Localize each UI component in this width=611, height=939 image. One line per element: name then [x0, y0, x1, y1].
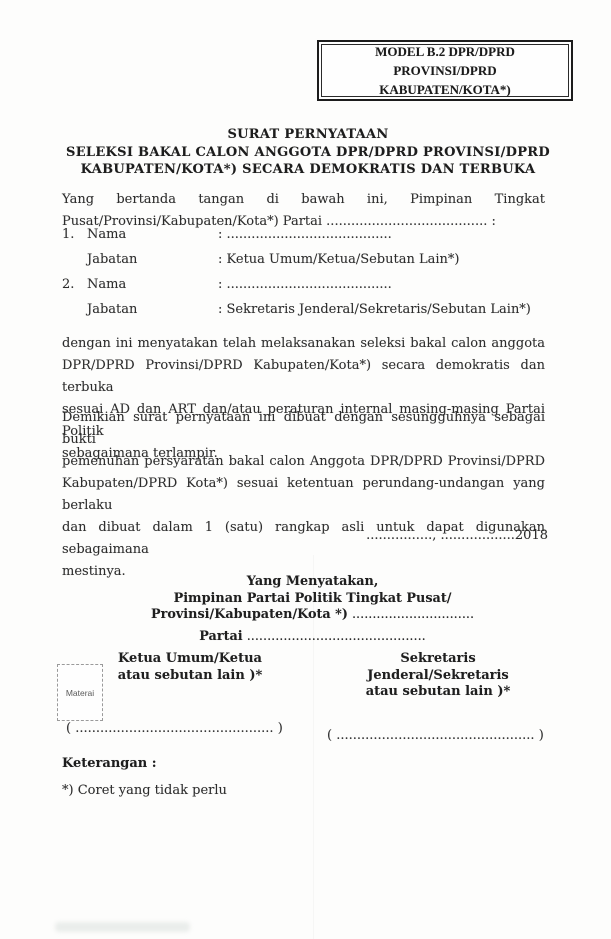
item-number: 2.: [62, 277, 74, 292]
model-label-line2: KABUPATEN/KOTA*): [322, 80, 568, 99]
left-role-line2: atau sebutan lain )*: [105, 668, 275, 685]
keterangan-label: Keterangan :: [62, 756, 227, 771]
signatories-list: 1. Nama : ..............................…: [62, 227, 562, 327]
model-label-inner-frame: MODEL B.2 DPR/DPRD PROVINSI/DPRD KABUPAT…: [321, 44, 569, 97]
model-label-box: MODEL B.2 DPR/DPRD PROVINSI/DPRD KABUPAT…: [317, 40, 573, 101]
right-signature-line: ( ......................................…: [327, 728, 544, 743]
jabatan-value: : Ketua Umum/Ketua/Sebutan Lain*): [218, 252, 459, 267]
right-role-line2: atau sebutan lain )*: [330, 684, 546, 701]
left-role-line1: Ketua Umum/Ketua: [105, 651, 275, 668]
jabatan-label: Jabatan: [87, 302, 137, 317]
closing-line1: Demikian surat pernyataan ini dibuat den…: [62, 407, 545, 451]
list-item-jabatan-2: Jabatan : Sekretaris Jenderal/Sekretaris…: [62, 302, 562, 327]
footnote-block: Keterangan : *) Coret yang tidak perlu: [62, 756, 227, 798]
materai-stamp-box: Materai: [57, 664, 103, 721]
model-label-line1: MODEL B.2 DPR/DPRD PROVINSI/DPRD: [322, 42, 568, 80]
document-page: MODEL B.2 DPR/DPRD PROVINSI/DPRD KABUPAT…: [0, 0, 611, 939]
name-label: Nama: [87, 277, 126, 292]
jabatan-value: : Sekretaris Jenderal/Sekretaris/Sebutan…: [218, 302, 531, 317]
statement-line2: DPR/DPRD Provinsi/DPRD Kabupaten/Kota*) …: [62, 355, 545, 399]
title-line1: SURAT PERNYATAAN: [60, 126, 556, 144]
closing-line3: Kabupaten/DPRD Kota*) sesuai ketentuan p…: [62, 473, 545, 517]
place-date-line: ................, ..................2018: [300, 528, 548, 543]
statement-line1: dengan ini menyatakan telah melaksanakan…: [62, 333, 545, 355]
document-title: SURAT PERNYATAAN SELEKSI BAKAL CALON ANG…: [60, 126, 556, 179]
left-signatory-role: Ketua Umum/Ketua atau sebutan lain )*: [105, 651, 275, 684]
right-role-line1: Sekretaris Jenderal/Sekretaris: [330, 651, 546, 684]
item-number: 1.: [62, 227, 74, 242]
name-label: Nama: [87, 227, 126, 242]
closing-line2: pemenuhan persyaratan bakal calon Anggot…: [62, 451, 545, 473]
right-signatory-role: Sekretaris Jenderal/Sekretaris atau sebu…: [330, 651, 546, 701]
signature-partai-label: Partai: [199, 629, 242, 644]
name-value: : ......................................…: [218, 277, 392, 292]
keterangan-note: *) Coret yang tidak perlu: [62, 783, 227, 798]
signature-partai-dots: ........................................…: [243, 629, 426, 644]
title-line3: KABUPATEN/KOTA*) SECARA DEMOKRATIS DAN T…: [60, 161, 556, 179]
list-item-jabatan-1: Jabatan : Ketua Umum/Ketua/Sebutan Lain*…: [62, 252, 562, 277]
title-line2: SELEKSI BAKAL CALON ANGGOTA DPR/DPRD PRO…: [60, 144, 556, 162]
scan-artifact-line: [313, 555, 314, 939]
signature-heading-line3-label: Provinsi/Kabupaten/Kota *): [151, 607, 348, 622]
list-item-name-1: 1. Nama : ..............................…: [62, 227, 562, 252]
list-item-name-2: 2. Nama : ..............................…: [62, 277, 562, 302]
intro-line1: Yang bertanda tangan di bawah ini, Pimpi…: [62, 189, 545, 211]
scan-artifact-smudge: [55, 922, 190, 932]
jabatan-label: Jabatan: [87, 252, 137, 267]
name-value: : ......................................…: [218, 227, 392, 242]
signature-heading-line3-dots: ..............................: [348, 607, 474, 622]
materai-label: Materai: [66, 688, 94, 698]
closing-paragraph: Demikian surat pernyataan ini dibuat den…: [62, 407, 545, 583]
left-signature-line: ( ......................................…: [66, 721, 283, 736]
